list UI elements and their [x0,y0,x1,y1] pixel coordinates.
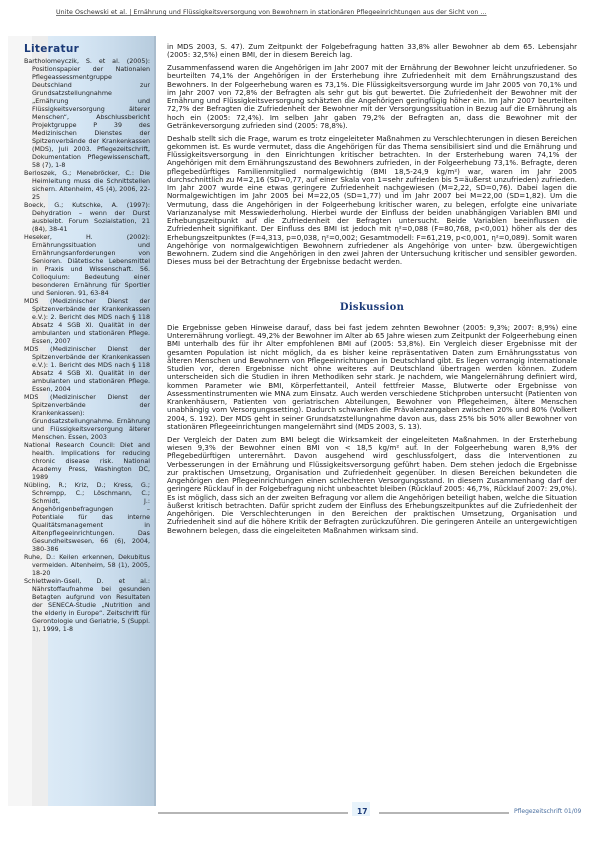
page-footer: 17 Pflegezeitschrift 01/09 [0,806,595,842]
reference-item: MDS (Medizinischer Dienst der Spitzenver… [24,298,150,346]
references-sidebar: Literatur Bartholomeyczik, S. et al. (20… [8,36,156,806]
body-paragraph: Deshalb stellt sich die Frage, warum es … [167,135,577,267]
main-text-column: in MDS 2003, S. 47). Zum Zeitpunkt der F… [167,43,577,539]
reference-item: Ruhe, D.: Keilen erkennen, Dekubitus ver… [24,554,150,578]
reference-item: Boeck, G.; Kutschke, A. (1997): Dehydrat… [24,202,150,234]
reference-item: National Research Council: Diet and heal… [24,442,150,482]
page-number: 17 [357,807,367,816]
references-title: Literatur [24,43,154,55]
reference-item: MDS (Medizinischer Dienst der Spitzenver… [24,346,150,394]
running-head: Unite Oschewski et al. | Ernährung und F… [56,9,586,16]
reference-item: Nübling, R.; Kriz, D.; Kress, G.; Schrem… [24,482,150,554]
reference-item: MDS (Medizinischer Dienst der Spitzenver… [24,394,150,442]
body-paragraph: in MDS 2003, S. 47). Zum Zeitpunkt der F… [167,43,577,60]
reference-item: Schlettwein-Gsell, D. et al.: Nährstoffa… [24,578,150,634]
reference-list: Bartholomeyczik, S. et al. (2005): Posit… [8,58,154,634]
body-paragraph: Zusammenfassend waren die Angehörigen im… [167,64,577,130]
body-paragraph: Die Ergebnisse geben Hinweise darauf, da… [167,324,577,431]
body-paragraph: Der Vergleich der Daten zum BMI belegt d… [167,436,577,535]
reference-item: Heseker, H. (2002): Ernährungssituation … [24,234,150,298]
reference-item: Berloszek, G.; Menebröcker, C.: Die Heim… [24,170,150,202]
section-heading-diskussion: Diskussion [167,304,577,312]
journal-name: Pflegezeitschrift 01/09 [514,808,581,815]
footer-rule-right [379,812,509,814]
reference-item: Bartholomeyczik, S. et al. (2005): Posit… [24,58,150,170]
footer-rule-left [158,812,348,814]
